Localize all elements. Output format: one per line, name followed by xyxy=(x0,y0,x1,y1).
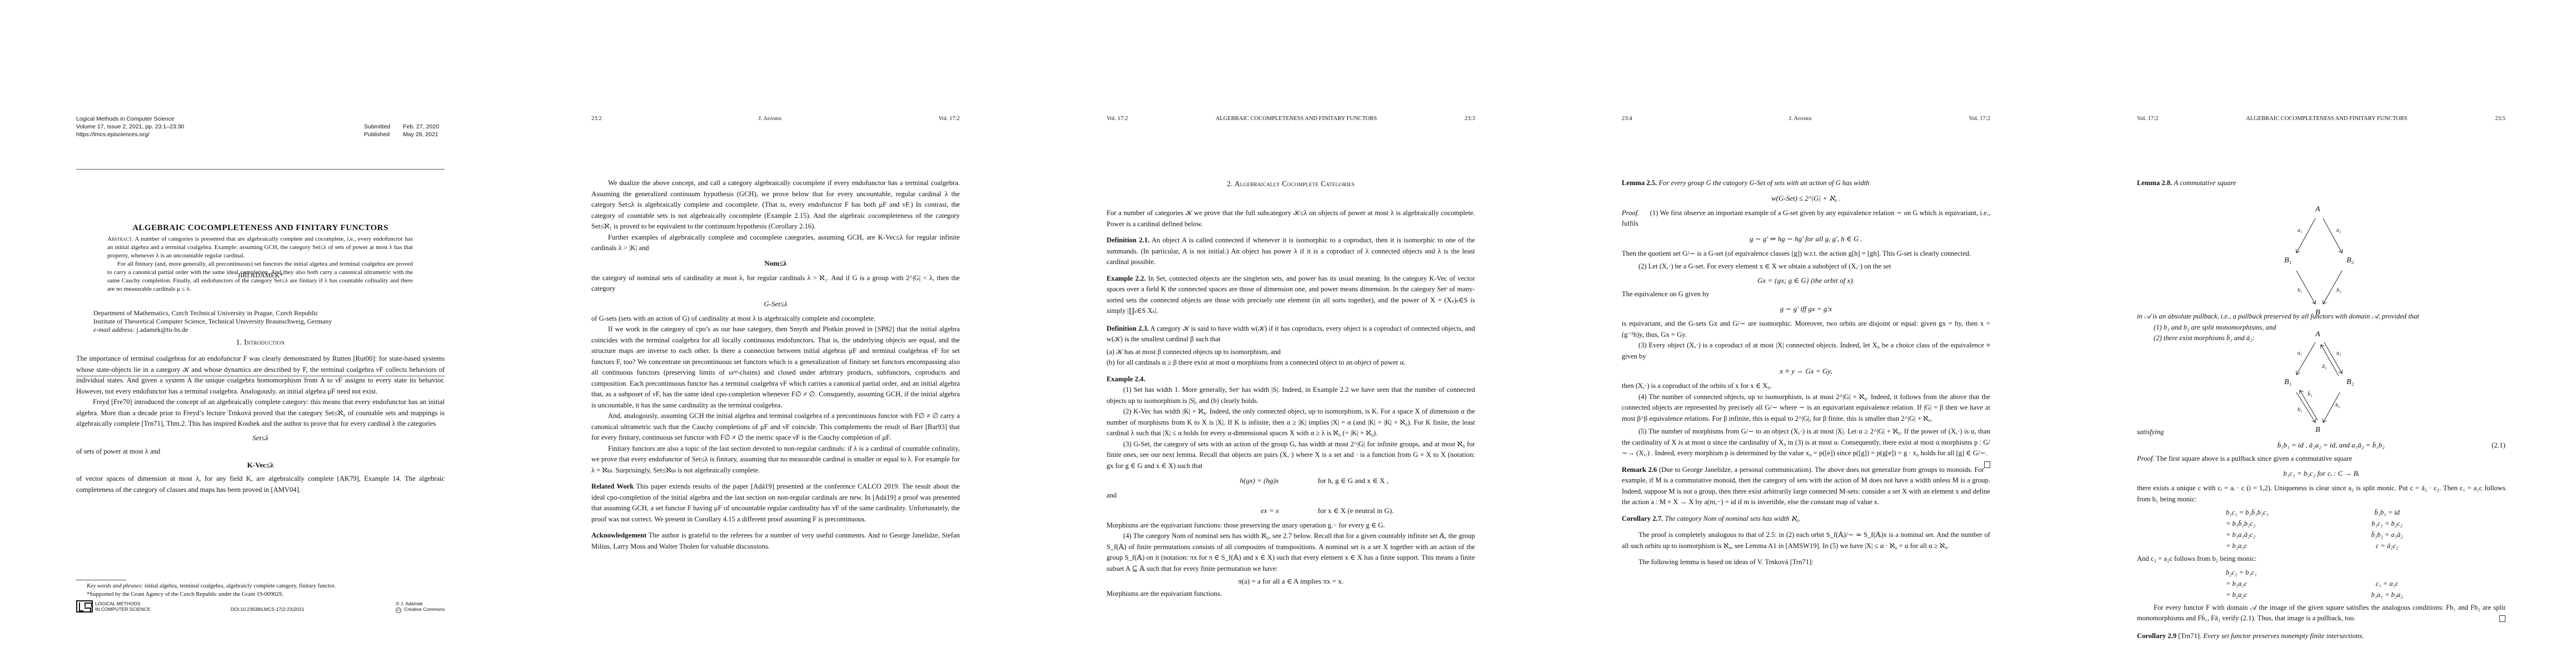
equation-choice: x ≡ y ⇔ Gx = Gy, xyxy=(1622,365,1990,377)
affiliation-2: Institute of Theoretical Computer Scienc… xyxy=(93,317,438,326)
page-2-body: We dualize the above concept, and call a… xyxy=(591,178,960,552)
paper-title: ALGEBRAIC COCOMPLETENESS AND FINITARY FU… xyxy=(76,223,445,233)
proof-step-2c: is equivariant, and the G-sets Gx and G/… xyxy=(1622,318,1990,340)
intro-paragraph-4: of vector spaces of dimension at most λ,… xyxy=(76,474,445,495)
equation-neutral: ex = x for x ∈ X (e neutral in G). xyxy=(1107,505,1475,517)
example-2-2: Example 2.2. In Set, connected objects a… xyxy=(1107,273,1475,317)
grant-footnote: *Supported by the Grant Agency of the Cz… xyxy=(87,590,445,599)
proof-step-4: (4) The number of connected objects, up … xyxy=(1622,392,1990,425)
morphisms-paragraph-1: Morphisms are the equivariant functions:… xyxy=(1107,520,1475,531)
journal-volume: Volume 17, Issue 2, 2021, pp. 23:1–23:30 xyxy=(76,123,184,131)
page-footer: LOGICAL METHODS IN COMPUTER SCIENCE DOI:… xyxy=(76,600,445,614)
page-1: Logical Methods in Computer Science Volu… xyxy=(0,0,515,667)
page-5-lower xyxy=(2061,0,2576,667)
journal-info: Logical Methods in Computer Science Volu… xyxy=(76,115,184,138)
running-title: ALGEBRAIC COCOMPLETENESS AND FINITARY FU… xyxy=(1215,116,1377,122)
definition-2-1: Definition 2.1. An object A is called co… xyxy=(1107,235,1475,268)
running-author: J. Adámek xyxy=(1789,116,1812,122)
journal-name: Logical Methods in Computer Science xyxy=(76,115,184,123)
definition-2-3-a: (a) 𝒦 has at most β connected objects up… xyxy=(1107,347,1475,358)
remark-2-6: Remark 2.6 (Due to George Janelidze, a p… xyxy=(1622,465,1990,508)
creative-commons-icon: cc xyxy=(396,608,401,613)
submitted-date: Feb. 27, 2020 xyxy=(403,123,439,130)
proof-step-1b: Then the quotient set G/∼ is a G-set (of… xyxy=(1622,248,1990,260)
page-2: 23:2 J. Adámek Vol. 17:2 We dualize the … xyxy=(515,0,1030,667)
keywords-label: Key words and phrases: xyxy=(87,583,143,589)
affiliation-1: Department of Mathematics, Czech Technic… xyxy=(93,309,438,317)
corollary-2-7: Corollary 2.7. The category Nom of nomin… xyxy=(1622,514,1990,525)
display-nom: Nom≤λ xyxy=(591,257,960,270)
paragraph-finitary: Finitary functors are also a topic of th… xyxy=(591,444,960,476)
following-lemma-note: The following lemma is based on ideas of… xyxy=(1622,557,1990,568)
running-header: 23:4 J. Adámek Vol. 17:2 xyxy=(1622,116,1990,122)
doi[interactable]: DOI:10.23638/LMCS-17(2:23)2021 xyxy=(231,606,304,612)
journal-url[interactable]: https://lmcs.episciences.org/ xyxy=(76,131,184,138)
running-author: J. Adámek xyxy=(759,116,782,122)
page-number: 23:4 xyxy=(1622,116,1632,122)
proof-step-3b: then (X,·) is a coproduct of the orbits … xyxy=(1622,381,1990,392)
related-work: Related Work This paper extends results … xyxy=(591,481,960,525)
acknowledgement-label: Acknowledgement xyxy=(591,531,646,539)
intro-paragraph-1: The importance of terminal coalgebras fo… xyxy=(76,354,445,397)
published-date: May 28, 2021 xyxy=(403,131,439,138)
page-4: 23:4 J. Adámek Vol. 17:2 Lemma 2.5. For … xyxy=(1546,0,2061,667)
paragraph-cpo: If we work in the category of cpo’s as o… xyxy=(591,324,960,411)
corollary-2-7-proof: The proof is completely analogous to tha… xyxy=(1622,530,1990,551)
paragraph-ultrametric: And, analogously, assuming GCH the initi… xyxy=(591,411,960,444)
paragraph-further-examples: Further examples of algebraically comple… xyxy=(591,232,960,254)
proof-step-1: Proof. (1) We first observe an important… xyxy=(1622,208,1990,230)
copyright: © J. Adámek xyxy=(396,601,445,606)
equation-width: w(G-Set) ≤ 2^|G| + ℵ₀ . xyxy=(1622,192,1990,205)
license: Creative Commons xyxy=(404,606,445,612)
lemma-2-5: Lemma 2.5. For every group G the categor… xyxy=(1622,178,1990,189)
example-2-4-label: Example 2.4. xyxy=(1107,374,1475,385)
paragraph-gsets: of G-sets (sets with an action of G) of … xyxy=(591,313,960,325)
running-header: 23:2 J. Adámek Vol. 17:2 xyxy=(591,116,960,122)
running-header: Vol. 17:2 ALGEBRAIC COCOMPLETENESS AND F… xyxy=(1107,116,1475,122)
acknowledgement: Acknowledgement The author is grateful t… xyxy=(591,530,960,552)
display-gset: G-Set≤λ xyxy=(591,298,960,310)
example-2-4-4: (4) The category Nom of nominal sets has… xyxy=(1107,531,1475,574)
paragraph-intro-sec2: For a number of categories 𝒦 we prove th… xyxy=(1107,208,1475,230)
equation-equivariant: g ∼ g′ ⇒ hg ∼ hg′ for all g, g′, h ∈ G . xyxy=(1622,233,1990,245)
page-3: Vol. 17:2 ALGEBRAIC COCOMPLETENESS AND F… xyxy=(1030,0,1546,667)
lmcs-logo-icon xyxy=(76,600,93,613)
volume: Vol. 17:2 xyxy=(939,116,960,122)
example-2-4-2: (2) K-Vec has width |K| + ℵ₀. Indeed, th… xyxy=(1107,406,1475,439)
example-2-4-1: (1) Set has width 1. More generally, Set… xyxy=(1107,385,1475,406)
proof-step-3: (3) Every object (X,·) is a coproduct of… xyxy=(1622,340,1990,362)
proof-step-2: (2) Let (X,·) be a G-set. For every elem… xyxy=(1622,261,1990,272)
submitted-label: Submitted xyxy=(364,123,403,131)
section-2-title: 2. Algebraically Cocomplete Categories xyxy=(1107,180,1475,188)
license-block: © J. Adámek ccCreative Commons xyxy=(396,601,445,613)
email-label: e-mail address: xyxy=(93,326,135,333)
header-rule xyxy=(76,169,445,170)
section-1-title: 1. Introduction xyxy=(76,338,445,347)
affiliations: Department of Mathematics, Czech Technic… xyxy=(93,309,438,334)
qed-icon xyxy=(1984,461,1990,468)
abstract-paragraph-1: A number of categories is presented that… xyxy=(107,236,413,259)
abstract-paragraph-2: For all finitary (and, more generally, a… xyxy=(107,260,413,293)
page-3-body: For a number of categories 𝒦 we prove th… xyxy=(1107,208,1475,600)
paragraph-nominal: the category of nominal sets of cardinal… xyxy=(591,273,960,295)
introduction: The importance of terminal coalgebras fo… xyxy=(76,354,445,495)
dates: SubmittedFeb. 27, 2020 PublishedMay 28, … xyxy=(364,123,439,138)
keywords: initial algebra, terminal coalgebra, alg… xyxy=(145,583,336,589)
equation-support: π(a) = a for all a ∈ A implies πx = x. xyxy=(1107,575,1475,588)
volume: Vol. 17:2 xyxy=(1107,116,1128,122)
definition-2-3-b: (b) for all cardinals α ≥ β there exist … xyxy=(1107,357,1475,369)
definition-2-3: Definition 2.3. A category 𝒦 is said to … xyxy=(1107,323,1475,345)
abstract-label: Abstract. xyxy=(107,236,133,242)
display-set-leq-lambda: Set≤λ xyxy=(76,432,445,444)
page-4-body: Lemma 2.5. For every group G the categor… xyxy=(1622,178,1990,568)
proof-step-5: (5) The number of morphisms from G/∼ to … xyxy=(1622,426,1990,459)
volume: Vol. 17:2 xyxy=(1969,116,1990,122)
abstract-block: Abstract. A number of categories is pres… xyxy=(107,235,413,293)
intro-paragraph-3: of sets of power at most λ and xyxy=(76,446,445,457)
published-label: Published xyxy=(364,131,403,138)
page-number: 23:3 xyxy=(1464,116,1475,122)
email-address[interactable]: j.adamek@tu-bs.de xyxy=(137,326,188,333)
related-work-label: Related Work xyxy=(591,482,634,490)
display-kvec-leq-lambda: K-Vec≤λ xyxy=(76,459,445,471)
example-2-4-3: (3) G-Set, the category of sets with an … xyxy=(1107,439,1475,472)
footnotes: Key words and phrases: initial algebra, … xyxy=(87,582,445,599)
equation-action: h(gx) = (hg)x for h, g ∈ G and x ∈ X , xyxy=(1107,475,1475,487)
morphisms-paragraph-2: Morphisms are the equivariant functions. xyxy=(1107,589,1475,600)
paragraph-cocomplete: We dualize the above concept, and call a… xyxy=(591,178,960,232)
lmcs-logo-text: LOGICAL METHODS IN COMPUTER SCIENCE xyxy=(95,601,151,612)
intro-paragraph-2: Freyd [Fre70] introduced the concept of … xyxy=(76,397,445,430)
footnote-rule xyxy=(76,580,126,580)
page-number: 23:2 xyxy=(591,116,602,122)
proof-step-2b: The equivalence on G given by xyxy=(1622,289,1990,300)
equation-iff: g ∼ g′ iff gx = g′x xyxy=(1622,303,1990,315)
equation-orbit: Gx = {gx; g ∈ G} (the orbit of x). xyxy=(1622,275,1990,287)
